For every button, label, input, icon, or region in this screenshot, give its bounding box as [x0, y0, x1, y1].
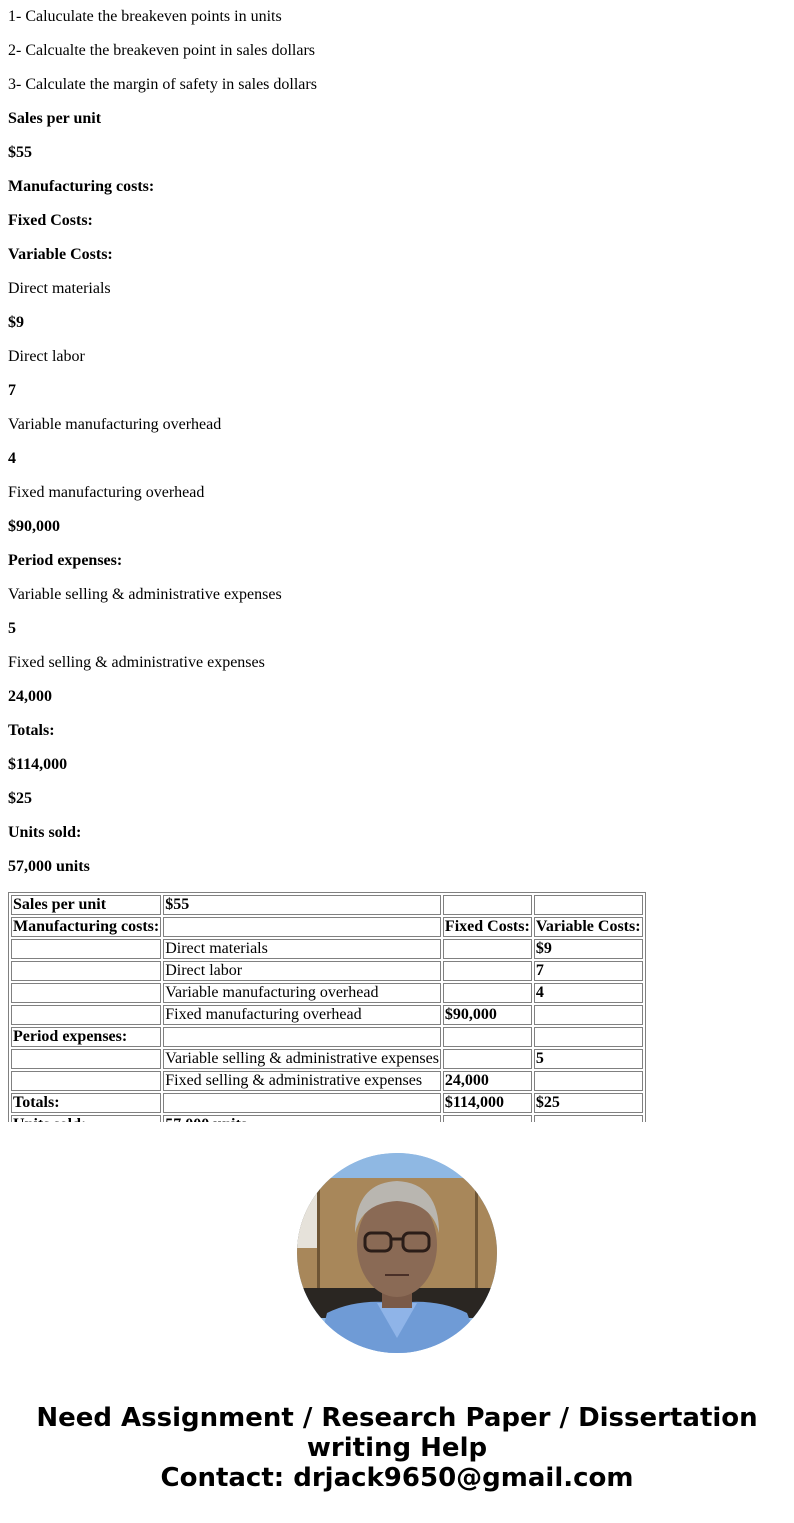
- question-1: 1- Caluculate the breakeven points in un…: [8, 0, 786, 34]
- cost-paragraph: Variable manufacturing overhead: [8, 408, 786, 442]
- table-cell: Period expenses:: [11, 1027, 161, 1047]
- table-cell: Fixed manufacturing overhead: [163, 1005, 441, 1025]
- person-photo-icon: [297, 1153, 497, 1353]
- cost-paragraph: Direct materials: [8, 272, 786, 306]
- help-banner: Need Assignment / Research Paper / Disse…: [0, 1403, 794, 1493]
- banner-line-2: writing Help: [0, 1433, 794, 1463]
- table-row: Units sold:57,000 units: [11, 1115, 643, 1122]
- table-cell: [443, 1115, 532, 1122]
- table-row: Period expenses:: [11, 1027, 643, 1047]
- table-cell: $114,000: [443, 1093, 532, 1113]
- table-cell: [443, 939, 532, 959]
- cost-paragraph: $55: [8, 136, 786, 170]
- table-cell: Direct labor: [163, 961, 441, 981]
- table-row: Manufacturing costs:Fixed Costs:Variable…: [11, 917, 643, 937]
- table-cell: [11, 1071, 161, 1091]
- cost-paragraph: 57,000 units: [8, 850, 786, 884]
- banner-contact: Contact: drjack9650@gmail.com: [0, 1463, 794, 1493]
- table-cell: [443, 961, 532, 981]
- table-cell: Variable selling & administrative expens…: [163, 1049, 441, 1069]
- table-cell: [11, 1005, 161, 1025]
- table-row: Variable manufacturing overhead4: [11, 983, 643, 1003]
- table-cell: [11, 939, 161, 959]
- cost-paragraph: Sales per unit: [8, 102, 786, 136]
- cost-table: Sales per unit$55Manufacturing costs:Fix…: [8, 892, 646, 1122]
- table-cell: Direct materials: [163, 939, 441, 959]
- table-cell: [443, 983, 532, 1003]
- table-cell: [534, 895, 643, 915]
- cost-paragraph: Units sold:: [8, 816, 786, 850]
- cost-paragraph: $9: [8, 306, 786, 340]
- table-cell: $9: [534, 939, 643, 959]
- author-avatar: [297, 1153, 497, 1353]
- question-3: 3- Calculate the margin of safety in sal…: [8, 68, 786, 102]
- table-row: Fixed selling & administrative expenses2…: [11, 1071, 643, 1091]
- table-cell: [163, 917, 441, 937]
- cost-paragraph: $114,000: [8, 748, 786, 782]
- cost-paragraph: Period expenses:: [8, 544, 786, 578]
- cost-paragraph: Totals:: [8, 714, 786, 748]
- table-cell: $25: [534, 1093, 643, 1113]
- cost-paragraph: 7: [8, 374, 786, 408]
- table-cell: [11, 983, 161, 1003]
- table-cell: 4: [534, 983, 643, 1003]
- cost-paragraph: 5: [8, 612, 786, 646]
- table-row: Fixed manufacturing overhead$90,000: [11, 1005, 643, 1025]
- cost-paragraph: Fixed Costs:: [8, 204, 786, 238]
- banner-line-1: Need Assignment / Research Paper / Disse…: [0, 1403, 794, 1433]
- table-cell: [534, 1005, 643, 1025]
- cost-paragraph: 4: [8, 442, 786, 476]
- table-cell: Variable manufacturing overhead: [163, 983, 441, 1003]
- table-cell: Fixed Costs:: [443, 917, 532, 937]
- cost-paragraph: $25: [8, 782, 786, 816]
- table-row: Sales per unit$55: [11, 895, 643, 915]
- table-cell: 7: [534, 961, 643, 981]
- table-cell: $55: [163, 895, 441, 915]
- table-cell: [163, 1093, 441, 1113]
- table-cell: Sales per unit: [11, 895, 161, 915]
- table-cell: [163, 1027, 441, 1047]
- table-cell: [11, 1049, 161, 1069]
- cost-paragraph: Direct labor: [8, 340, 786, 374]
- table-cell: [534, 1071, 643, 1091]
- question-2: 2- Calcualte the breakeven point in sale…: [8, 34, 786, 68]
- table-cell: [534, 1115, 643, 1122]
- cost-paragraphs: Sales per unit$55Manufacturing costs:Fix…: [8, 102, 786, 884]
- table-cell: Fixed selling & administrative expenses: [163, 1071, 441, 1091]
- cost-paragraph: Fixed manufacturing overhead: [8, 476, 786, 510]
- table-cell: [11, 961, 161, 981]
- table-cell: $90,000: [443, 1005, 532, 1025]
- cost-paragraph: 24,000: [8, 680, 786, 714]
- table-cell: 24,000: [443, 1071, 532, 1091]
- cost-paragraph: Variable selling & administrative expens…: [8, 578, 786, 612]
- table-cell: Totals:: [11, 1093, 161, 1113]
- table-cell: [534, 1027, 643, 1047]
- table-cell: 5: [534, 1049, 643, 1069]
- document-body: 1- Caluculate the breakeven points in un…: [8, 0, 786, 884]
- cost-paragraph: Fixed selling & administrative expenses: [8, 646, 786, 680]
- table-row: Direct labor7: [11, 961, 643, 981]
- table-cell: Units sold:: [11, 1115, 161, 1122]
- table-row: Direct materials$9: [11, 939, 643, 959]
- table-cell: [443, 1049, 532, 1069]
- cost-paragraph: Manufacturing costs:: [8, 170, 786, 204]
- table-row: Totals:$114,000$25: [11, 1093, 643, 1113]
- table-cell: 57,000 units: [163, 1115, 441, 1122]
- table-cell: [443, 1027, 532, 1047]
- cost-paragraph: $90,000: [8, 510, 786, 544]
- cost-paragraph: Variable Costs:: [8, 238, 786, 272]
- table-cell: Variable Costs:: [534, 917, 643, 937]
- cost-table-container: Sales per unit$55Manufacturing costs:Fix…: [8, 892, 648, 1122]
- table-cell: [443, 895, 532, 915]
- table-row: Variable selling & administrative expens…: [11, 1049, 643, 1069]
- table-cell: Manufacturing costs:: [11, 917, 161, 937]
